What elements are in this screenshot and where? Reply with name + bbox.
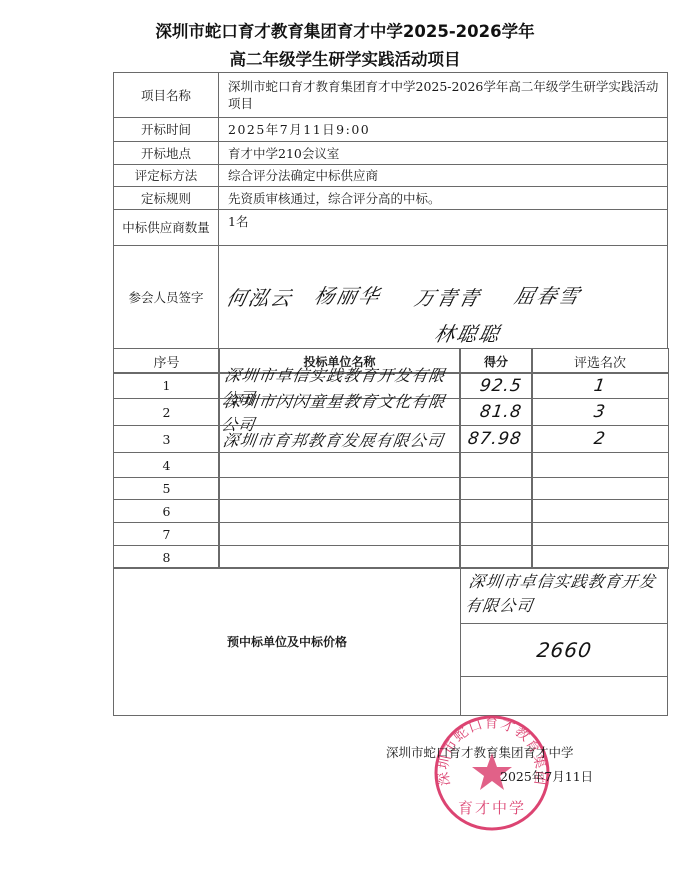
project-name-label: 项目名称	[113, 72, 219, 118]
row-number: 8	[113, 545, 220, 569]
bidder-score	[459, 499, 533, 523]
winner-count-label: 中标供应商数量	[113, 209, 219, 246]
row-number: 2	[113, 398, 220, 426]
bidder-rank-text: 3	[593, 402, 608, 422]
eval-method-value: 综合评分法确定中标供应商	[218, 164, 668, 187]
bidder-rank-text: 1	[593, 376, 608, 396]
bidder-score: 92.5	[459, 372, 533, 399]
attendees-label: 参会人员签字	[113, 245, 219, 349]
eval-method-label: 评定标方法	[113, 164, 219, 187]
attendees-signature-area: 何泓云 杨丽华 万青青 屈春雪 林聪聪	[218, 245, 668, 349]
bidder-score-text: 92.5	[479, 376, 524, 396]
bidder-score: 81.8	[459, 398, 533, 426]
bidder-score	[459, 452, 533, 478]
bidder-name	[218, 452, 461, 478]
bidder-rank	[531, 545, 669, 569]
bidder-rank: 2	[531, 425, 669, 453]
bidder-rank	[531, 499, 669, 523]
bidder-score: 87.98	[459, 425, 533, 453]
result-extra-cell	[460, 676, 668, 716]
bidder-rank	[531, 452, 669, 478]
winner-count-value: 1名	[218, 209, 668, 246]
attendee-signature: 何泓云	[224, 282, 296, 311]
stamp-bottom-text: 育才中学	[458, 799, 526, 817]
bidder-name	[218, 522, 461, 546]
attendee-signature: 屈春雪	[512, 280, 584, 309]
row-number: 5	[113, 477, 220, 500]
bidder-name: 深圳市闪闪童星教育文化有限公司	[218, 398, 461, 426]
winner-name-cell: 深圳市卓信实践教育开发有限公司	[460, 567, 668, 624]
attendee-signature: 林聪聪	[432, 318, 504, 347]
open-place-value: 育才中学210会议室	[218, 141, 668, 165]
bidder-rank	[531, 477, 669, 500]
footer-organization: 深圳市蛇口育才教育集团育才中学	[386, 743, 574, 761]
winning-price: 2660	[535, 638, 593, 662]
row-number: 6	[113, 499, 220, 523]
attendee-signature: 万青青	[412, 282, 484, 311]
row-number: 3	[113, 425, 220, 453]
header-score: 得分	[459, 348, 533, 374]
bidder-name-text: 深圳市育邦教育发展有限公司	[221, 428, 445, 451]
project-name-value: 深圳市蛇口育才教育集团育才中学2025-2026学年高二年级学生研学实践活动项目	[218, 72, 668, 118]
header-rank: 评选名次	[531, 348, 669, 374]
bidder-name	[218, 545, 461, 569]
bidder-rank-text: 2	[593, 429, 608, 449]
bidder-rank: 1	[531, 372, 669, 399]
bidder-name	[218, 477, 461, 500]
document-title-line1: 深圳市蛇口育才教育集团育才中学2025-2026学年	[0, 18, 690, 42]
bidder-score	[459, 522, 533, 546]
bidder-score-text: 81.8	[479, 402, 524, 422]
award-rule-label: 定标规则	[113, 186, 219, 210]
bidder-score	[459, 545, 533, 569]
bidder-name: 深圳市育邦教育发展有限公司	[218, 425, 461, 453]
header-no: 序号	[113, 348, 220, 374]
open-place-label: 开标地点	[113, 141, 219, 165]
row-number: 1	[113, 372, 220, 399]
attendee-signature: 杨丽华	[312, 280, 384, 309]
bidder-score-text: 87.98	[467, 429, 523, 449]
winner-name: 深圳市卓信实践教育开发有限公司	[464, 570, 665, 618]
bidder-name	[218, 499, 461, 523]
bidder-rank: 3	[531, 398, 669, 426]
result-label: 预中标单位及中标价格	[113, 567, 461, 716]
footer-date: 2025年7月11日	[500, 767, 593, 785]
row-number: 4	[113, 452, 220, 478]
open-time-value: 2025年7月11日9:00	[218, 117, 668, 142]
row-number: 7	[113, 522, 220, 546]
open-time-label: 开标时间	[113, 117, 219, 142]
award-rule-value: 先资质审核通过，综合评分高的中标。	[218, 186, 668, 210]
document-title-line2: 高二年级学生研学实践活动项目	[0, 46, 690, 70]
price-cell: 2660	[460, 623, 668, 677]
bidder-score	[459, 477, 533, 500]
bidder-rank	[531, 522, 669, 546]
